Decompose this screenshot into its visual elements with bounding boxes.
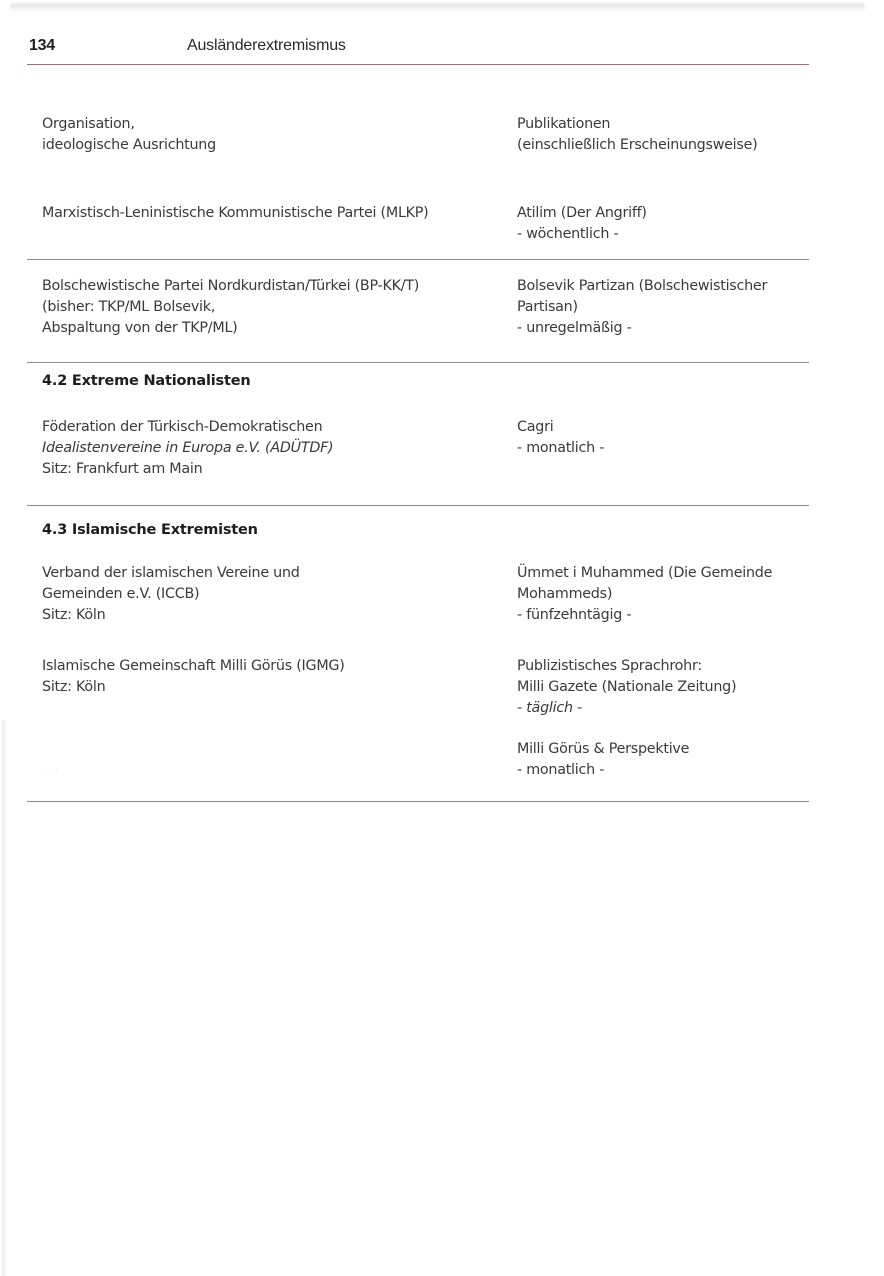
publication-milli-gazete: Publizistisches Sprachrohr: Milli Gazete…	[517, 656, 736, 719]
publication-frequency: - fünfzehntägig -	[517, 605, 772, 626]
section-heading-4-3: 4.3 Islamische Extremisten	[42, 522, 258, 538]
organisation-mlkp: Marxistisch-Leninistische Kommunistische…	[42, 203, 428, 224]
section-heading-4-2: 4.2 Extreme Nationalisten	[42, 373, 250, 389]
publication-frequency: - monatlich -	[517, 438, 604, 459]
publication-ummet-i-muhammed: Ümmet i Muhammed (Die Gemeinde Mohammeds…	[517, 563, 772, 626]
divider	[27, 362, 809, 363]
organisation-igmg: Islamische Gemeinschaft Milli Görüs (IGM…	[42, 656, 345, 698]
column-header-organisation: Organisation, ideologische Ausrichtung	[42, 114, 216, 156]
publication-frequency: - unregelmäßig -	[517, 318, 767, 339]
scan-gutter-shadow	[2, 720, 6, 1276]
publication-milli-gorus-perspektive: Milli Görüs & Perspektive - monatlich -	[517, 739, 689, 781]
publication-bolsevik-partizan: Bolsevik Partizan (Bolschewistischer Par…	[517, 276, 767, 339]
publication-frequency: - wöchentlich -	[517, 224, 647, 245]
publication-cagri: Cagri - monatlich -	[517, 417, 604, 459]
chapter-title: Ausländerextremismus	[187, 37, 346, 55]
scan-artifact: ···	[44, 766, 61, 775]
scan-edge-shadow	[10, 3, 865, 11]
publication-frequency: - täglich -	[517, 698, 736, 719]
organisation-adutdf: Föderation der Türkisch-Demokratischen I…	[42, 417, 333, 480]
divider	[27, 505, 809, 506]
publication-atilim: Atilim (Der Angriff) - wöchentlich -	[517, 203, 647, 245]
running-head: 134 Ausländerextremismus	[27, 34, 809, 65]
page-number: 134	[29, 37, 55, 55]
publication-frequency: - monatlich -	[517, 760, 689, 781]
divider	[27, 801, 809, 802]
divider	[27, 259, 809, 260]
organisation-iccb: Verband der islamischen Vereine und Geme…	[42, 563, 300, 626]
organisation-bp-kkt: Bolschewistische Partei Nordkurdistan/Tü…	[42, 276, 419, 339]
column-header-publications: Publikationen (einschließlich Erscheinun…	[517, 114, 757, 156]
